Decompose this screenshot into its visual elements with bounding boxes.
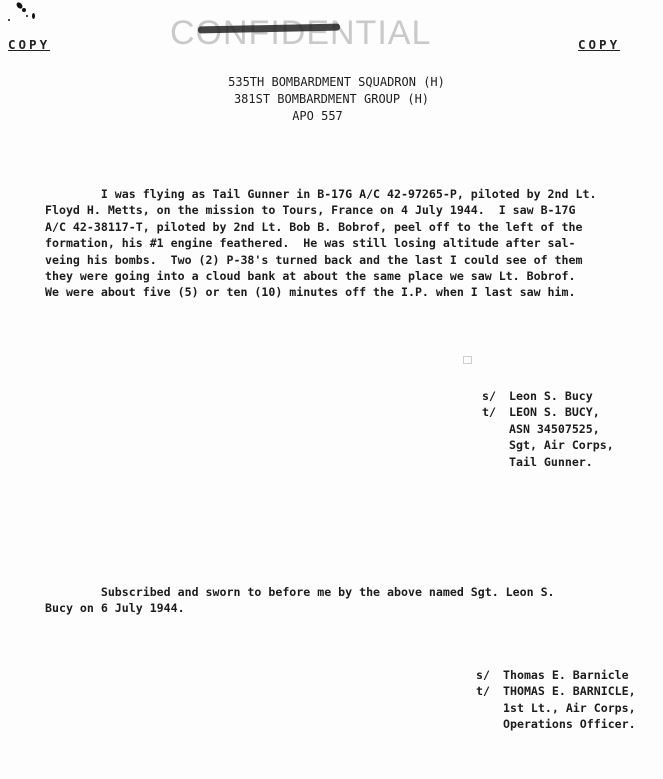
document-page: CONFIDENTIAL COPY COPY 535TH BOMBARDMENT… [0, 0, 663, 779]
rank: Sgt, Air Corps, [509, 437, 614, 453]
letterhead: 535TH BOMBARDMENT SQUADRON (H) 381ST BOM… [0, 74, 663, 125]
copy-mark-left: COPY [8, 37, 50, 52]
typed-mark: t/ [482, 404, 509, 420]
statement-line: Floyd H. Metts, on the mission to Tours,… [45, 202, 655, 218]
statement-line: formation, his #1 engine feathered. He w… [45, 235, 655, 251]
typed-name: THOMAS E. BARNICLE, [503, 683, 636, 699]
typed-name: LEON S. BUCY, [509, 404, 600, 420]
group-line: 381ST BOMBARDMENT GROUP (H) [0, 91, 663, 108]
squadron-line: 535TH BOMBARDMENT SQUADRON (H) [10, 74, 663, 91]
signed-mark: s/ [482, 388, 509, 404]
apo-line: APO 557 [0, 108, 663, 125]
statement-line: I was flying as Tail Gunner in B-17G A/C… [45, 186, 655, 202]
service-number: ASN 34507525, [509, 421, 600, 437]
statement-line: veing his bombs. Two (2) P-38's turned b… [45, 252, 655, 268]
rank: 1st Lt., Air Corps, [503, 700, 636, 716]
statement-line: they were going into a cloud bank at abo… [45, 268, 655, 284]
sworn-line: Bucy on 6 July 1944. [45, 600, 655, 616]
position: Operations Officer. [503, 716, 636, 732]
sworn-statement: Subscribed and sworn to before me by the… [45, 584, 655, 617]
sworn-line: Subscribed and sworn to before me by the… [45, 584, 655, 600]
faint-mark [463, 356, 472, 364]
copy-mark-right: COPY [578, 37, 620, 52]
signature-block-officer: s/Thomas E. Barnicle t/THOMAS E. BARNICL… [476, 667, 636, 733]
typed-mark: t/ [476, 683, 503, 699]
ink-speck [22, 8, 26, 12]
signed-name: Leon S. Bucy [509, 388, 593, 404]
signature-block-gunner: s/Leon S. Bucy t/LEON S. BUCY, ASN 34507… [482, 388, 614, 470]
ink-speck [32, 13, 35, 19]
signed-mark: s/ [476, 667, 503, 683]
statement-line: A/C 42-38117-T, piloted by 2nd Lt. Bob B… [45, 219, 655, 235]
position: Tail Gunner. [509, 454, 593, 470]
confidential-stamp: CONFIDENTIAL [170, 14, 431, 53]
ink-speck [26, 15, 28, 17]
statement-line: We were about five (5) or ten (10) minut… [45, 284, 655, 300]
ink-speck [8, 19, 10, 21]
signed-name: Thomas E. Barnicle [503, 667, 629, 683]
statement-paragraph: I was flying as Tail Gunner in B-17G A/C… [45, 186, 655, 301]
